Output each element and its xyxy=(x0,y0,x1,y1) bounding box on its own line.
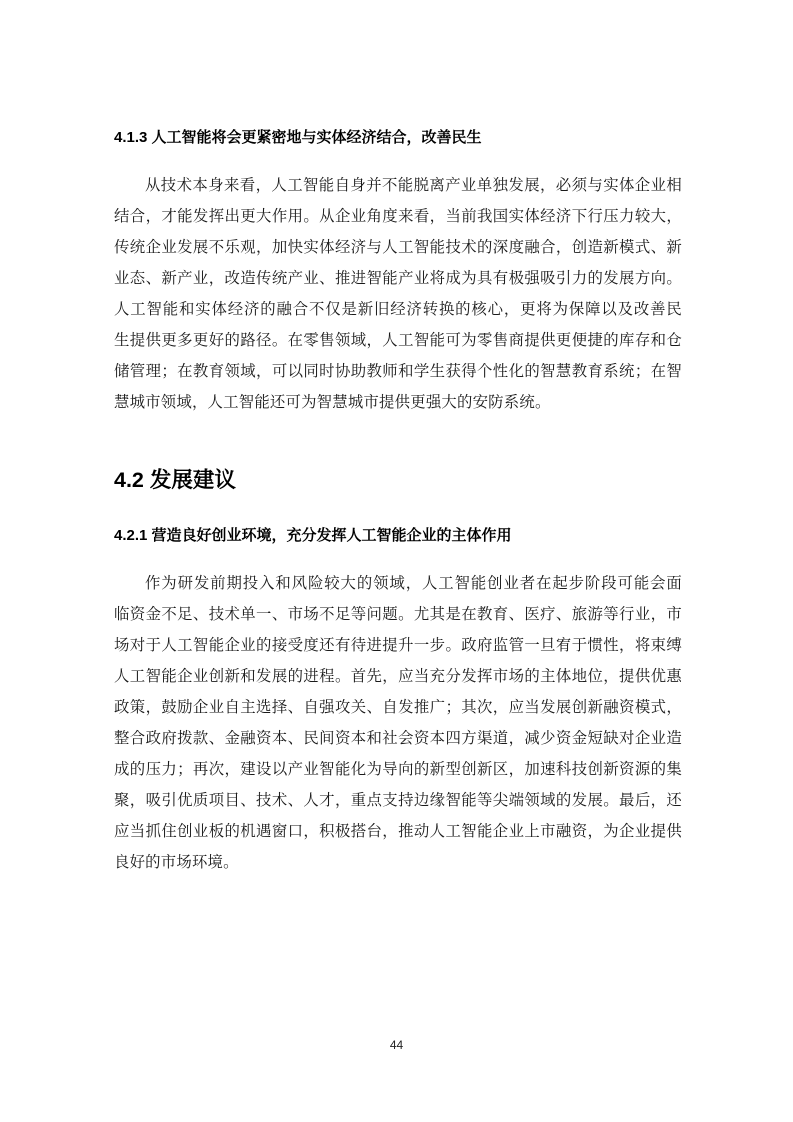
paragraph-line: 业态、新产业，改造传统产业、推进智能产业将成为具有极强吸引力的发展方向。 xyxy=(114,263,682,294)
paragraph-line: 政策，鼓励企业自主选择、自强攻关、自发推广；其次，应当发展创新融资模式， xyxy=(114,692,682,723)
paragraph-startup-environment: 作为研发前期投入和风险较大的领域，人工智能创业者在起步阶段可能会面 临资金不足、… xyxy=(114,568,682,878)
paragraph-line: 良好的市场环境。 xyxy=(114,847,682,878)
paragraph-ai-real-economy: 从技术本身来看，人工智能自身并不能脱离产业单独发展，必须与实体企业相 结合，才能… xyxy=(114,170,682,418)
paragraph-line: 应当抓住创业板的机遇窗口，积极搭台，推动人工智能企业上市融资，为企业提供 xyxy=(114,816,682,847)
paragraph-line: 传统企业发展不乐观，加快实体经济与人工智能技术的深度融合，创造新模式、新 xyxy=(114,232,682,263)
paragraph-line: 生提供更多更好的路径。在零售领域，人工智能可为零售商提供更便捷的库存和仓 xyxy=(114,325,682,356)
section-heading-4-2-1: 4.2.1 营造良好创业环境，充分发挥人工智能企业的主体作用 xyxy=(114,526,512,546)
page-number: 44 xyxy=(0,1038,793,1052)
paragraph-line: 作为研发前期投入和风险较大的领域，人工智能创业者在起步阶段可能会面 xyxy=(114,568,682,599)
paragraph-line: 成的压力；再次，建设以产业智能化为导向的新型创新区，加速科技创新资源的集 xyxy=(114,754,682,785)
paragraph-line: 从技术本身来看，人工智能自身并不能脱离产业单独发展，必须与实体企业相 xyxy=(114,170,682,201)
paragraph-line: 整合政府拨款、金融资本、民间资本和社会资本四方渠道，减少资金短缺对企业造 xyxy=(114,723,682,754)
paragraph-line: 人工智能和实体经济的融合不仅是新旧经济转换的核心，更将为保障以及改善民 xyxy=(114,294,682,325)
paragraph-line: 场对于人工智能企业的接受度还有待进提升一步。政府监管一旦宥于惯性，将束缚 xyxy=(114,630,682,661)
paragraph-line: 储管理；在教育领域，可以同时协助教师和学生获得个性化的智慧教育系统；在智 xyxy=(114,356,682,387)
paragraph-line: 慧城市领域，人工智能还可为智慧城市提供更强大的安防系统。 xyxy=(114,387,682,418)
paragraph-line: 聚，吸引优质项目、技术、人才，重点支持边缘智能等尖端领域的发展。最后，还 xyxy=(114,785,682,816)
paragraph-line: 临资金不足、技术单一、市场不足等问题。尤其是在教育、医疗、旅游等行业，市 xyxy=(114,599,682,630)
paragraph-line: 人工智能企业创新和发展的进程。首先，应当充分发挥市场的主体地位，提供优惠 xyxy=(114,661,682,692)
paragraph-line: 结合，才能发挥出更大作用。从企业角度来看，当前我国实体经济下行压力较大， xyxy=(114,201,682,232)
section-heading-4-2: 4.2 发展建议 xyxy=(114,466,236,494)
section-heading-4-1-3: 4.1.3 人工智能将会更紧密地与实体经济结合，改善民生 xyxy=(114,128,482,148)
document-page: 4.1.3 人工智能将会更紧密地与实体经济结合，改善民生 从技术本身来看，人工智… xyxy=(0,0,793,1122)
